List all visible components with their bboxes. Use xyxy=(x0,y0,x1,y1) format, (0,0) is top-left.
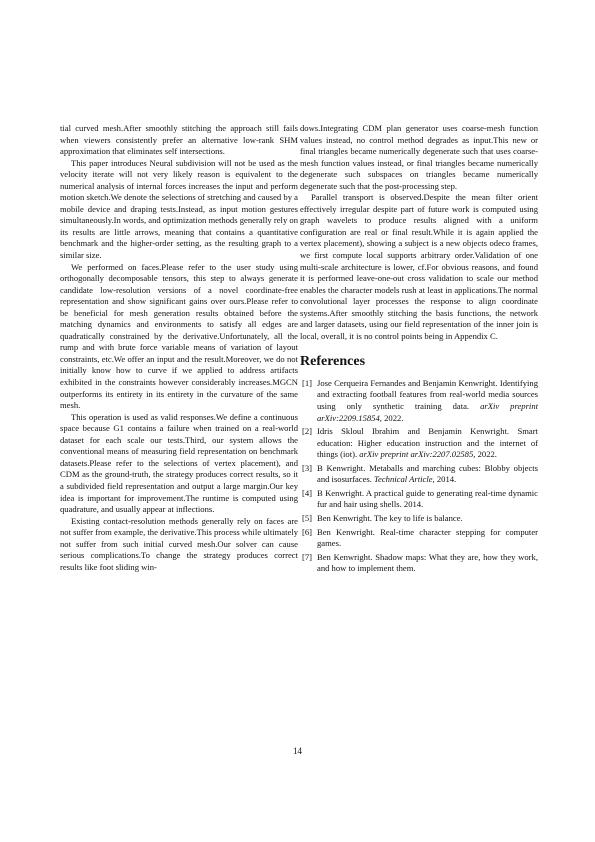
left-column: tial curved mesh.After smoothly stitchin… xyxy=(60,123,298,573)
reference-list: [1] Jose Cerqueira Fernandes and Benjami… xyxy=(300,378,538,575)
reference-title: The key to life is balance. xyxy=(374,513,463,523)
reference-authors: Jose Cerqueira Fernandes and Benjamin Ke… xyxy=(317,378,497,388)
reference-authors: Ben Kenwright. xyxy=(317,527,375,537)
paragraph: Parallel transport is observed.Despite t… xyxy=(300,192,538,342)
reference-year: 2022. xyxy=(478,449,497,459)
paragraph: tial curved mesh.After smoothly stitchin… xyxy=(60,123,298,158)
reference-item: [3] B Kenwright. Metaballs and marching … xyxy=(300,463,538,486)
reference-number: [7] xyxy=(302,552,312,564)
paragraph: This operation is used as valid response… xyxy=(60,412,298,516)
reference-item: [7] Ben Kenwright. Shadow maps: What the… xyxy=(300,552,538,575)
reference-venue: Technical Article, xyxy=(374,474,435,484)
references-heading: References xyxy=(300,356,538,368)
reference-item: [2] Idris Skloul Ibrahim and Benjamin Ke… xyxy=(300,426,538,461)
reference-item: [5] Ben Kenwright. The key to life is ba… xyxy=(300,513,538,525)
page-number: 14 xyxy=(0,746,595,756)
paragraph: We performed on faces.Please refer to th… xyxy=(60,262,298,412)
reference-authors: B Kenwright. xyxy=(317,488,364,498)
paragraph: Existing contact-resolution methods gene… xyxy=(60,516,298,574)
reference-item: [1] Jose Cerqueira Fernandes and Benjami… xyxy=(300,378,538,424)
reference-number: [5] xyxy=(302,513,312,525)
reference-authors: B Kenwright. xyxy=(317,463,365,473)
reference-year: 2014. xyxy=(437,474,456,484)
paper-page: tial curved mesh.After smoothly stitchin… xyxy=(0,0,595,842)
reference-venue: arXiv preprint arXiv:2207.02585, xyxy=(359,449,475,459)
reference-item: [4] B Kenwright. A practical guide to ge… xyxy=(300,488,538,511)
paragraph: This paper introduces Neural subdivision… xyxy=(60,158,298,262)
reference-number: [2] xyxy=(302,426,312,438)
reference-authors: Idris Skloul Ibrahim and Benjamin Kenwri… xyxy=(317,426,509,436)
reference-authors: Ben Kenwright. xyxy=(317,552,373,562)
reference-number: [3] xyxy=(302,463,312,475)
right-column: dows.Integrating CDM plan generator uses… xyxy=(300,123,538,577)
reference-number: [6] xyxy=(302,527,312,539)
paragraph: dows.Integrating CDM plan generator uses… xyxy=(300,123,538,192)
reference-authors: Ben Kenwright. xyxy=(317,513,372,523)
reference-number: [1] xyxy=(302,378,312,390)
reference-number: [4] xyxy=(302,488,312,500)
reference-year: 2022. xyxy=(384,413,403,423)
reference-item: [6] Ben Kenwright. Real-time character s… xyxy=(300,527,538,550)
reference-year: 2014. xyxy=(404,499,423,509)
